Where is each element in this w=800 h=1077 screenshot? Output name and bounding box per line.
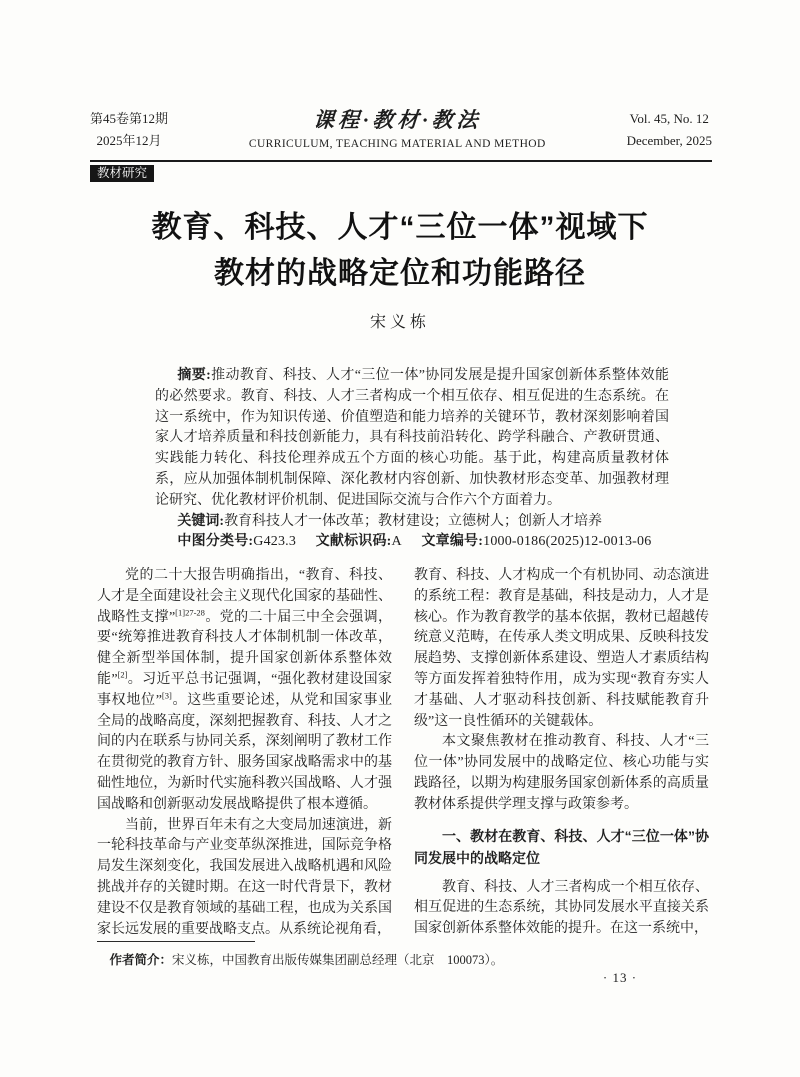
- abstract-text: 推动教育、科技、人才“三位一体”协同发展是提升国家创新体系整体效能的必然要求。教…: [155, 368, 669, 508]
- abstract-label: 摘要:: [177, 368, 210, 383]
- author-bio-label: 作者简介：: [110, 953, 173, 967]
- journal-page: 第45卷第12期 2025年12月 课程·教材·教法 CURRICULUM, T…: [0, 0, 800, 1077]
- author-bio: 作者简介：宋义栋，中国教育出版传媒集团副总经理（北京 100073）。: [97, 951, 709, 970]
- citation-2: [2]: [118, 669, 128, 679]
- article-meta: 中图分类号:G423.3文献标识码:A文章编号:1000-0186(2025)1…: [155, 532, 669, 553]
- clc-label: 中图分类号:: [177, 534, 253, 549]
- author-name: 宋义栋: [0, 309, 800, 332]
- citation-1: [1]27-28: [175, 607, 205, 617]
- journal-title-cn: 课程·教材·教法: [248, 104, 547, 134]
- paragraph-1-text-d: 。这些重要论述，从党和国家事业全局的战略高度，深刻把握教育、科技、人才之间的内在…: [97, 693, 392, 812]
- abstract-block: 摘要:推动教育、科技、人才“三位一体”协同发展是提升国家创新体系整体效能的必然要…: [155, 366, 669, 553]
- paragraph-2: 当前，世界百年未有之大变局加速演进，新一轮科技革命与产业变革纵深推进，国际竞争格…: [97, 816, 392, 941]
- keywords: 关键词:教育科技人才一体改革；教材建设；立德树人；创新人才培养: [155, 512, 669, 533]
- date-en: December, 2025: [627, 130, 712, 152]
- article-title-line2: 教材的战略定位和功能路径: [214, 257, 586, 290]
- section-1-heading: 一、教材在教育、科技、人才“三位一体”协同发展中的战略定位: [414, 825, 709, 869]
- left-column: 党的二十大报告明确指出，“教育、科技、人才是全面建设社会主义现代化国家的基础性、…: [97, 566, 392, 940]
- article-id-label: 文章编号:: [421, 534, 483, 549]
- volume-issue-en: Vol. 45, No. 12: [627, 108, 712, 130]
- article-body: 党的二十大报告明确指出，“教育、科技、人才是全面建设社会主义现代化国家的基础性、…: [97, 566, 709, 940]
- journal-header: 第45卷第12期 2025年12月 课程·教材·教法 CURRICULUM, T…: [90, 108, 712, 152]
- doc-code-value: A: [392, 534, 402, 549]
- paragraph-2-continued: 教育、科技、人才构成一个有机协同、动态演进的系统工程：教育是基础，科技是动力，人…: [414, 566, 709, 732]
- keywords-label: 关键词:: [177, 514, 224, 529]
- date-cn: 2025年12月: [90, 130, 168, 152]
- right-column: 教育、科技、人才构成一个有机协同、动态演进的系统工程：教育是基础，科技是动力，人…: [414, 566, 709, 940]
- volume-issue-cn: 第45卷第12期: [90, 108, 168, 130]
- header-divider: [90, 160, 712, 162]
- journal-title-en: CURRICULUM, TEACHING MATERIAL AND METHOD: [249, 138, 546, 150]
- article-id-value: 1000-0186(2025)12-0013-06: [483, 534, 651, 549]
- paragraph-3: 本文聚焦教材在推动教育、科技、人才“三位一体”协同发展中的战略定位、核心功能与实…: [414, 732, 709, 815]
- page-number: · 13 ·: [560, 970, 680, 986]
- author-bio-text: 宋义栋，中国教育出版传媒集团副总经理（北京 100073）。: [172, 953, 503, 967]
- issue-info-en: Vol. 45, No. 12 December, 2025: [627, 108, 712, 152]
- article-title: 教育、科技、人才“三位一体”视域下教材的战略定位和功能路径: [0, 205, 800, 297]
- keywords-text: 教育科技人才一体改革；教材建设；立德树人；创新人才培养: [224, 514, 602, 529]
- abstract: 摘要:推动教育、科技、人才“三位一体”协同发展是提升国家创新体系整体效能的必然要…: [155, 366, 669, 512]
- doc-code-label: 文献标识码:: [316, 534, 392, 549]
- paragraph-4: 教育、科技、人才三者构成一个相互依存、相互促进的生态系统，其协同发展水平直接关系…: [414, 878, 709, 940]
- citation-3: [3]: [162, 690, 172, 700]
- paragraph-1: 党的二十大报告明确指出，“教育、科技、人才是全面建设社会主义现代化国家的基础性、…: [97, 566, 392, 816]
- footnote-divider: [97, 941, 255, 942]
- section-tag: 教材研究: [90, 165, 154, 182]
- clc-value: G423.3: [253, 534, 296, 549]
- journal-title-block: 课程·教材·教法 CURRICULUM, TEACHING MATERIAL A…: [249, 104, 546, 150]
- article-title-line1: 教育、科技、人才“三位一体”视域下: [152, 211, 649, 244]
- issue-info-cn: 第45卷第12期 2025年12月: [90, 108, 168, 152]
